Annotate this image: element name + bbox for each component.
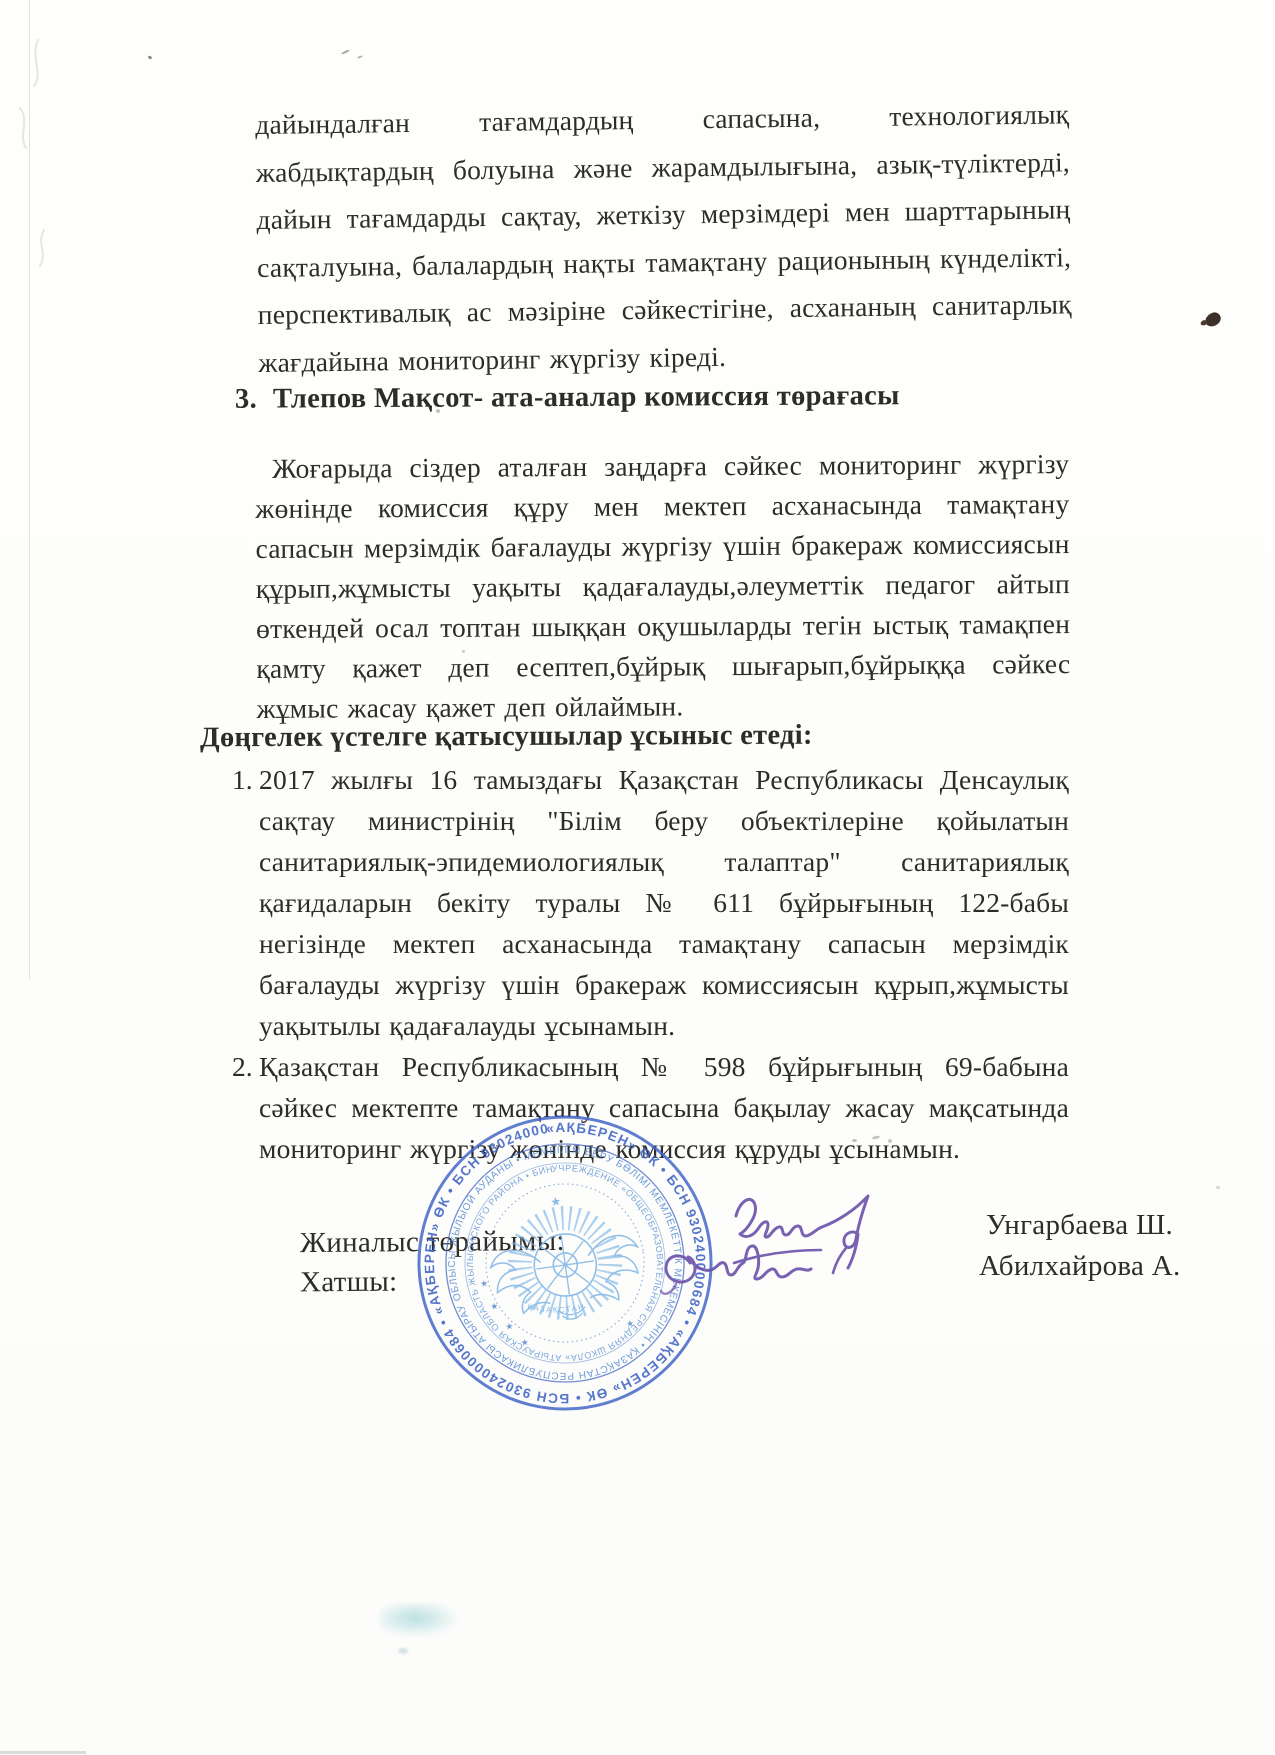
- scan-speck: [1216, 1186, 1220, 1189]
- secretary-name: Абилхайрова А.: [979, 1250, 1181, 1283]
- scan-scratch-marks: [0, 20, 120, 320]
- emblem-caption: ҚАЗАҚСТАН: [525, 1294, 586, 1320]
- cyan-smudge-dot: [398, 1648, 408, 1654]
- heading-speaker-3: 3.Тлепов Мақсот- ата-аналар комиссия төр…: [235, 380, 900, 415]
- emblem-star: ★: [549, 1194, 562, 1209]
- svg-text:★: ★: [505, 1322, 514, 1333]
- scan-bottom-edge: [0, 1751, 86, 1754]
- svg-text:★: ★: [490, 1302, 499, 1313]
- scan-speck: [148, 55, 153, 60]
- paragraph-monitoring-scope: дайындалған тағамдардың сапасына, технол…: [255, 90, 1073, 386]
- svg-text:★: ★: [520, 1338, 529, 1349]
- heading-speaker-text: Тлепов Мақсот- ата-аналар комиссия төрағ…: [273, 380, 900, 414]
- chair-name: Унгарбаева Ш.: [986, 1209, 1173, 1242]
- svg-text:★: ★: [480, 1279, 489, 1290]
- secretary-signature-tick: [833, 1248, 846, 1273]
- chair-signature: [736, 1196, 868, 1268]
- ink-blot: [1203, 311, 1222, 329]
- secretary-label: Хатшы:: [300, 1266, 398, 1300]
- heading-proposals: Дөңгелек үстелге қатысушылар ұсыныс етед…: [200, 720, 813, 755]
- list-item-number: 1.: [232, 759, 253, 800]
- list-item-number: 2.: [232, 1046, 253, 1087]
- scan-speck: [357, 55, 363, 59]
- scanned-document-page: дайындалған тағамдардың сапасына, технол…: [0, 0, 1275, 1755]
- official-round-stamp: «АҚБЕРЕН» ӨК • БСН 930240000684 • «АҚБЕР…: [389, 1087, 741, 1439]
- scan-speck: [341, 49, 350, 55]
- cyan-smudge: [380, 1603, 458, 1637]
- secretary-signature-bar: [734, 1250, 821, 1263]
- list-item-text: 2017 жылғы 16 тамыздағы Қазақстан Респуб…: [259, 759, 1069, 1046]
- paragraph-speaker-statement: Жоғарыда сіздер аталған заңдарға сәйкес …: [255, 444, 1071, 729]
- svg-text:★: ★: [626, 1319, 635, 1330]
- list-item: 1. 2017 жылғы 16 тамыздағы Қазақстан Рес…: [232, 759, 1074, 1046]
- heading-number: 3.: [235, 384, 257, 415]
